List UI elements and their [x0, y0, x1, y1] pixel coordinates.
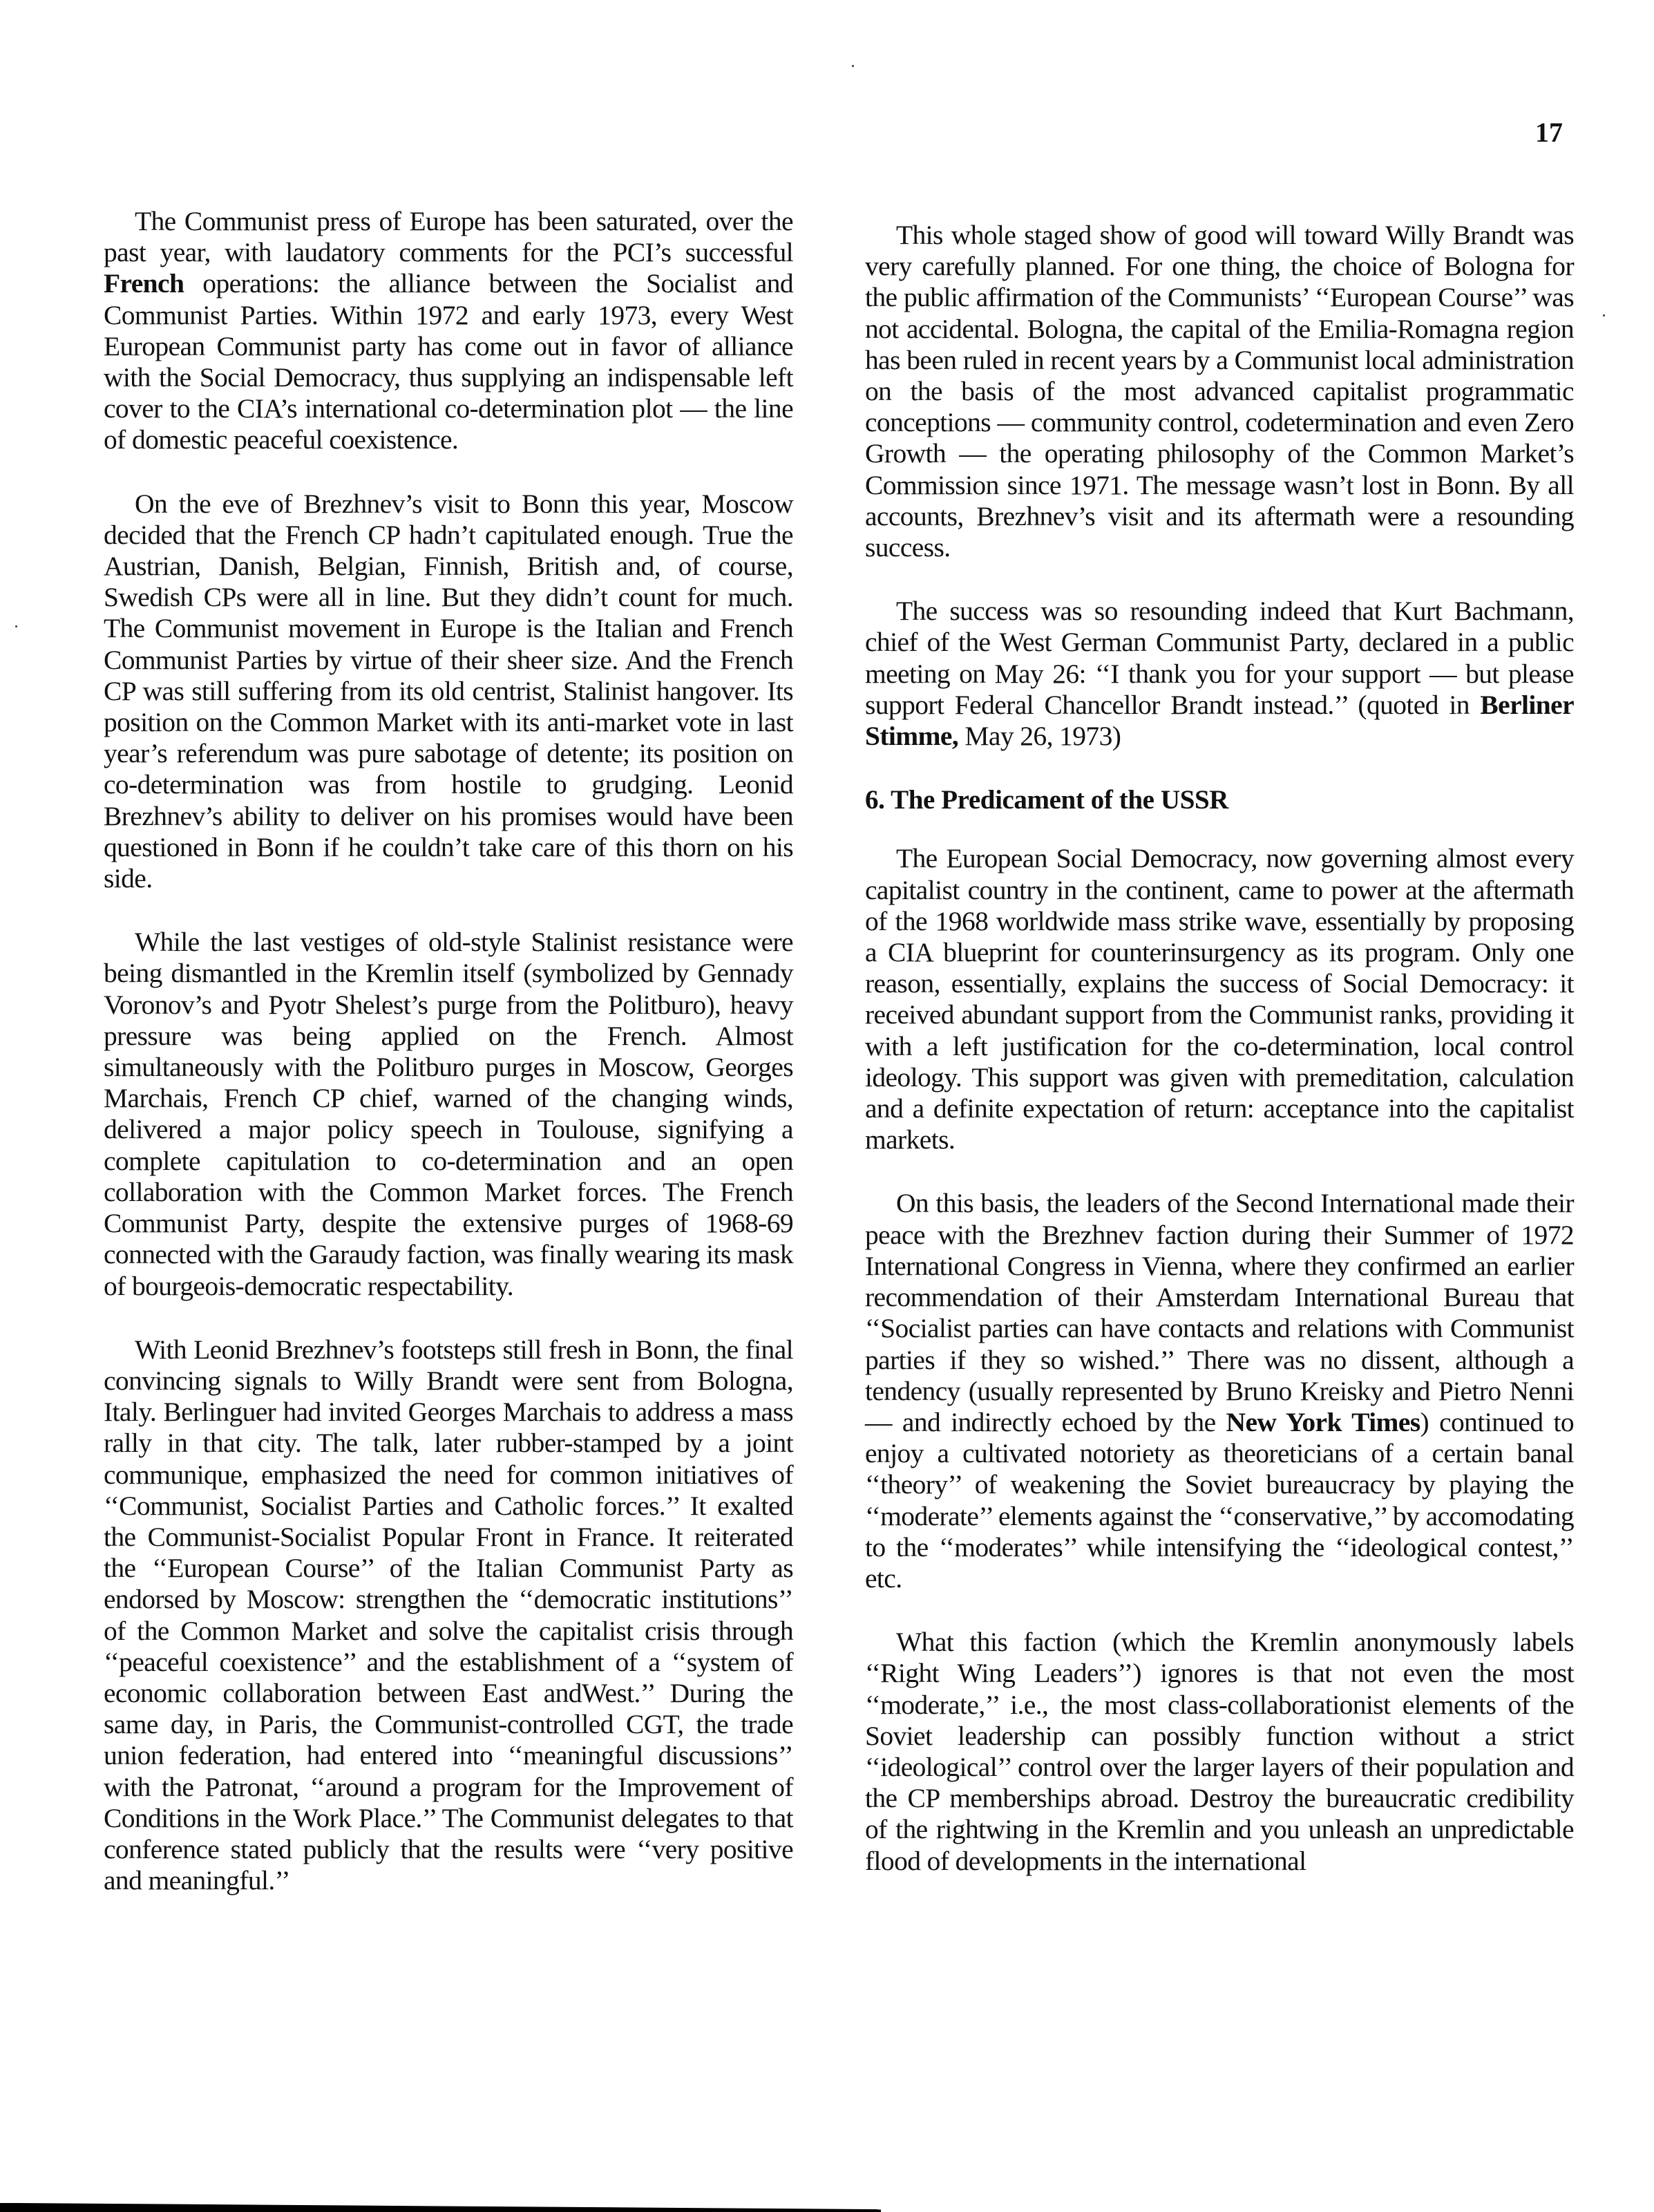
body-text: On this basis, the leaders of the Second… — [865, 1188, 1574, 1437]
section-heading: 6. The Predicament of the USSR — [865, 784, 1574, 815]
body-text: operations: the alliance between the Soc… — [104, 268, 793, 455]
body-text: May 26, 1973) — [958, 721, 1121, 751]
scan-speck — [852, 65, 854, 67]
body-text: The European Social Democracy, now gover… — [865, 843, 1574, 1155]
scan-speck — [15, 625, 17, 627]
scan-speck — [1603, 314, 1605, 316]
body-text: While the last vestiges of old-style Sta… — [104, 927, 793, 1301]
paragraph: The Communist press of Europe has been s… — [104, 206, 793, 456]
body-text: With Leonid Brezhnev’s footsteps still f… — [104, 1334, 793, 1896]
paragraph: This whole staged show of good will towa… — [865, 220, 1574, 563]
body-text: On the eve of Brezhnev’s visit to Bonn t… — [104, 489, 793, 894]
paragraph: On this basis, the leaders of the Second… — [865, 1188, 1574, 1594]
page-number: 17 — [1535, 116, 1563, 149]
scan-edge-bar — [0, 2203, 881, 2212]
emphasized-text: French — [104, 268, 184, 299]
emphasized-text: New York Times — [1226, 1407, 1420, 1437]
paragraph: While the last vestiges of old-style Sta… — [104, 927, 793, 1301]
body-text: The Communist press of Europe has been s… — [104, 206, 793, 267]
right-column: This whole staged show of good will towa… — [865, 220, 1574, 1909]
body-text: The success was so resounding indeed tha… — [865, 596, 1574, 720]
body-text: What this faction (which the Kremlin ano… — [865, 1627, 1574, 1875]
left-column: The Communist press of Europe has been s… — [104, 206, 793, 1929]
paragraph: The success was so resounding indeed tha… — [865, 596, 1574, 752]
paragraph: What this faction (which the Kremlin ano… — [865, 1627, 1574, 1877]
paragraph: On the eve of Brezhnev’s visit to Bonn t… — [104, 489, 793, 895]
paragraph: With Leonid Brezhnev’s footsteps still f… — [104, 1334, 793, 1897]
paragraph: The European Social Democracy, now gover… — [865, 843, 1574, 1155]
body-text: This whole staged show of good will towa… — [865, 220, 1574, 563]
